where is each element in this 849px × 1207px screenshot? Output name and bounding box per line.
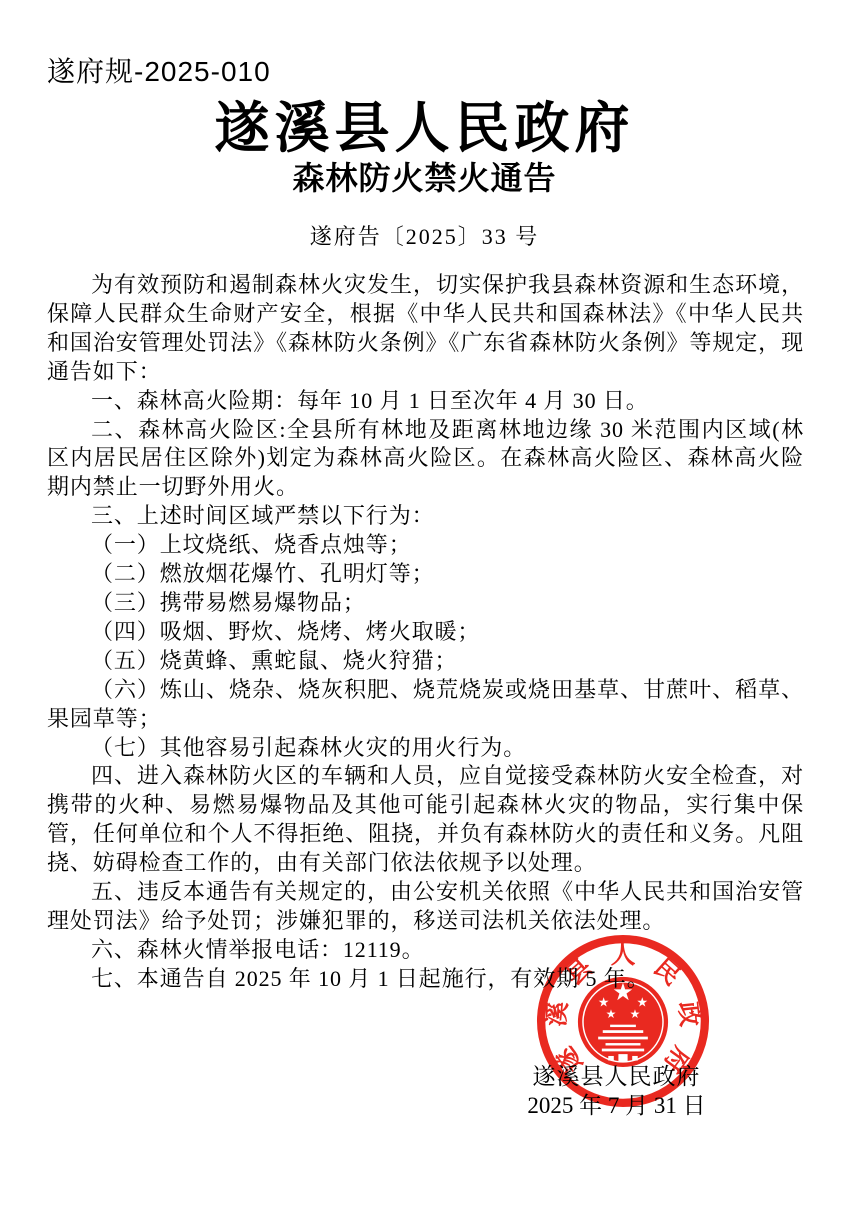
body-paragraph: （一）上坟烧纸、烧香点烛等；: [47, 531, 804, 560]
body-paragraph: 四、进入森林防火区的车辆和人员，应自觉接受森林防火安全检查，对携带的火种、易燃易…: [47, 762, 804, 878]
svg-text:政: 政: [673, 1000, 703, 1028]
signature-date: 2025 年 7 月 31 日: [499, 1091, 734, 1120]
emblem-small-star-icon: ★: [606, 1007, 617, 1021]
emblem-gate-icon: [598, 1025, 648, 1062]
body-paragraph: （三）携带易燃易爆物品；: [47, 589, 804, 618]
body-paragraph: （五）烧黄蜂、熏蛇鼠、烧火狩猎；: [47, 647, 804, 676]
body-paragraph: （四）吸烟、野炊、烧烤、烤火取暖；: [47, 618, 804, 647]
signature-name: 遂溪县人民政府: [499, 1062, 734, 1091]
emblem-small-star-icon: ★: [598, 995, 610, 1010]
body-paragraph: 五、违反本通告有关规定的，由公安机关依照《中华人民共和国治安管理处罚法》给予处罚…: [47, 878, 804, 936]
body-paragraph: （二）燃放烟花爆竹、孔明灯等；: [47, 560, 804, 589]
svg-text:溪: 溪: [542, 1000, 572, 1028]
body-paragraph: 二、森林高火险区:全县所有林地及距离林地边缘 30 米范围内区域(林区内居民居住…: [47, 416, 804, 503]
document-subtitle: 森林防火禁火通告: [0, 153, 849, 199]
body-paragraph: （六）炼山、烧杂、烧灰积肥、烧荒烧炭或烧田基草、甘蔗叶、稻草、果园草等；: [47, 676, 804, 734]
document-number: 遂府告〔2025〕33 号: [0, 220, 849, 251]
body-paragraph: 一、森林高火险期：每年 10 月 1 日至次年 4 月 30 日。: [47, 387, 804, 416]
body-paragraph: （七）其他容易引起森林火灾的用火行为。: [47, 734, 804, 763]
emblem-small-star-icon: ★: [630, 1007, 641, 1021]
body-paragraph: 六、森林火情举报电话：12119。: [47, 936, 804, 965]
body-paragraph: 三、上述时间区域严禁以下行为：: [47, 502, 804, 531]
notice-body: 为有效预防和遏制森林火灾发生，切实保护我县森林资源和生态环境，保障人民群众生命财…: [47, 271, 804, 994]
notice-document-page: 遂府规-2025-010 遂溪县人民政府 森林防火禁火通告 遂府告〔2025〕3…: [0, 0, 849, 1207]
document-title: 遂溪县人民政府: [0, 84, 849, 163]
body-paragraph: 为有效预防和遏制森林火灾发生，切实保护我县森林资源和生态环境，保障人民群众生命财…: [47, 271, 804, 387]
emblem-small-star-icon: ★: [637, 995, 649, 1010]
signature-block: 遂溪县人民政府 2025 年 7 月 31 日: [499, 1062, 734, 1120]
body-paragraph: 七、本通告自 2025 年 10 月 1 日起施行，有效期 5 年。: [47, 965, 804, 994]
